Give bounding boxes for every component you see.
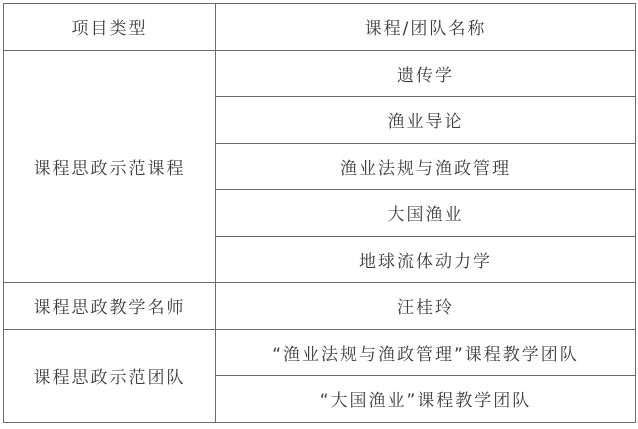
name-cell: 地球流体动力学 xyxy=(216,236,636,283)
name-cell: 渔业导论 xyxy=(216,97,636,144)
name-cell: 遗传学 xyxy=(216,50,636,97)
table-row: 课程思政教学名师 汪桂玲 xyxy=(4,283,636,330)
header-row: 项目类型 课程/团队名称 xyxy=(4,4,636,51)
header-project-type: 项目类型 xyxy=(4,4,216,51)
project-table: 项目类型 课程/团队名称 课程思政示范课程 遗传学 渔业导论 渔业法规与渔政管理… xyxy=(3,3,636,423)
name-cell: “渔业法规与渔政管理”课程教学团队 xyxy=(216,329,636,376)
header-course-team-name: 课程/团队名称 xyxy=(216,4,636,51)
name-cell: 汪桂玲 xyxy=(216,283,636,330)
name-cell: 渔业法规与渔政管理 xyxy=(216,143,636,190)
table-row: 课程思政示范团队 “渔业法规与渔政管理”课程教学团队 xyxy=(4,329,636,376)
table-row: 课程思政示范课程 遗传学 xyxy=(4,50,636,97)
type-cell-teaching-master: 课程思政教学名师 xyxy=(4,283,216,330)
name-cell: 大国渔业 xyxy=(216,190,636,237)
type-cell-demo-course: 课程思政示范课程 xyxy=(4,50,216,283)
type-cell-demo-team: 课程思政示范团队 xyxy=(4,329,216,422)
name-cell: “大国渔业”课程教学团队 xyxy=(216,376,636,423)
